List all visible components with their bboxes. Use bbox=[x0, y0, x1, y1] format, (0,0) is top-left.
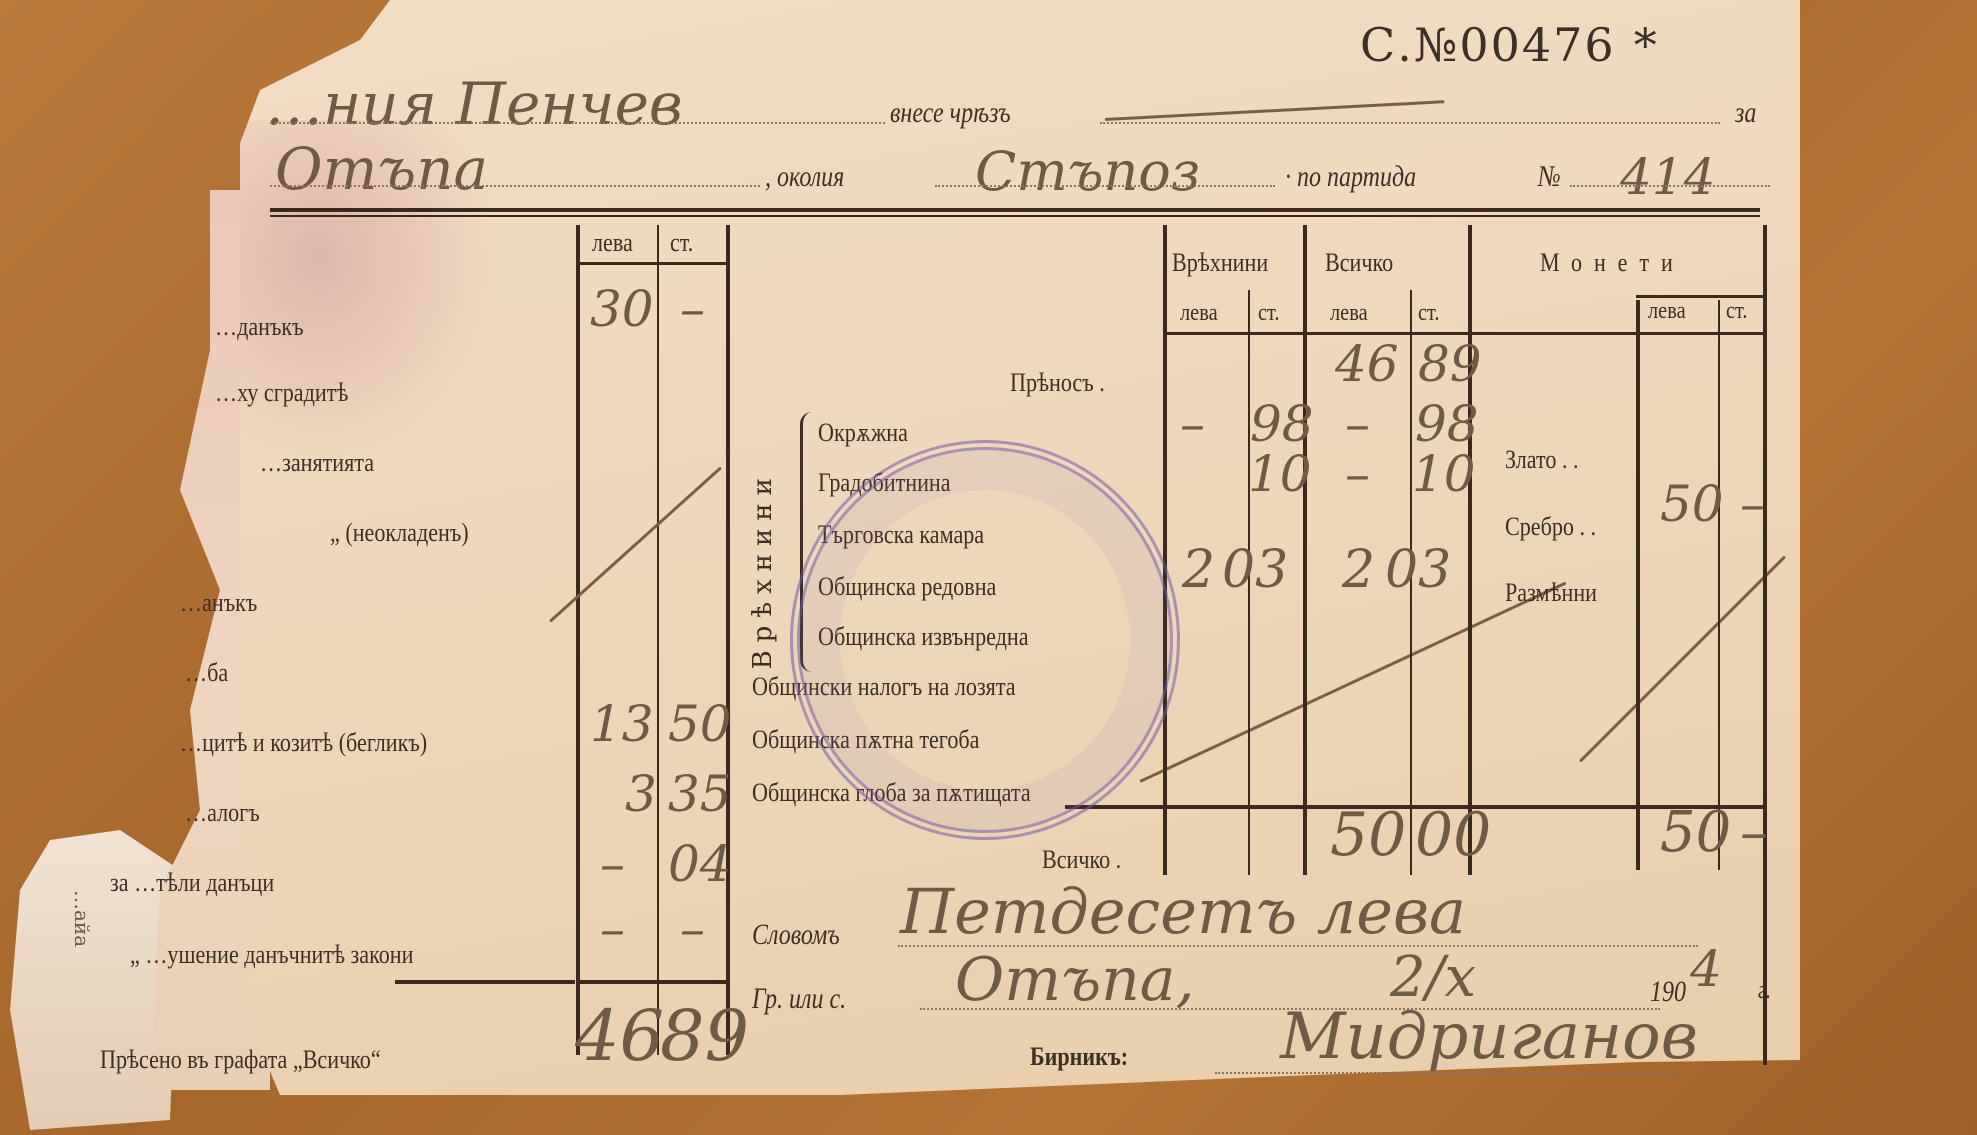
left-row-label: „ …ушение данъчнитѣ закони bbox=[130, 940, 413, 970]
payer-name-handwritten: …ния Пенчев bbox=[265, 70, 683, 138]
left-row-label: …занятията bbox=[260, 448, 374, 478]
left-subtotal-rule-cols bbox=[580, 980, 726, 984]
label-place: Гр. или с. bbox=[752, 982, 846, 1016]
left-row-leva: – bbox=[600, 900, 625, 958]
right-total-label: Всичко . bbox=[1042, 845, 1121, 875]
left-row-st: 04 bbox=[668, 835, 732, 893]
payer-dotted-line bbox=[270, 122, 885, 124]
label-okolia: , околия bbox=[765, 160, 844, 194]
left-row-st: – bbox=[680, 280, 705, 338]
coins-total-st: – bbox=[1740, 800, 1768, 865]
right-row-vs-st: 03 bbox=[1385, 540, 1451, 600]
left-table-col-divider bbox=[657, 225, 659, 1055]
coin-silver-leva: 50 bbox=[1660, 475, 1724, 533]
label-number-sign: № bbox=[1538, 160, 1561, 194]
right-table-border-1 bbox=[1163, 225, 1167, 875]
left-row-label: …ху сградитѣ bbox=[215, 378, 348, 408]
left-row-leva: 3 bbox=[625, 765, 657, 823]
left-table-col-border-2 bbox=[726, 225, 730, 1055]
right-row-vs-leva: 2 bbox=[1342, 540, 1375, 600]
left-row-label: „ (неокладенъ) bbox=[330, 518, 469, 548]
left-total-label: Прѣсено въ графата „Всичко“ bbox=[100, 1045, 381, 1075]
label-vnese: внесе чрѣзъ bbox=[890, 96, 1011, 130]
coins-border bbox=[1636, 300, 1640, 870]
label-slovom: Словомъ bbox=[752, 918, 840, 952]
coin-label-silver: Сребро . . bbox=[1505, 512, 1596, 542]
right-row-vr-leva: 2 bbox=[1182, 540, 1215, 600]
left-total-st: 89 bbox=[660, 995, 749, 1077]
sub-header-st: ст. bbox=[1258, 300, 1280, 327]
right-row-vr-leva: – bbox=[1180, 395, 1205, 453]
right-row-vs-st: 10 bbox=[1412, 445, 1476, 503]
left-row-label: за …тѣли данъци bbox=[110, 868, 274, 898]
coin-label-exchange: Размѣнни bbox=[1505, 578, 1597, 608]
year-g: г. bbox=[1758, 975, 1771, 1005]
district-dotted-line bbox=[935, 185, 1275, 187]
through-dotted-line bbox=[1100, 122, 1720, 124]
header-moneti: Монети bbox=[1540, 248, 1685, 278]
receipt-content: С.№00476* …ния Пенчев внесе чрѣзъ за Отъ… bbox=[0, 0, 1977, 1135]
left-header-st: ст. bbox=[670, 228, 693, 258]
label-po-partida: · по партида bbox=[1285, 160, 1416, 194]
collector-signature: Мидриганов bbox=[1280, 1000, 1698, 1074]
year-suffix-handwritten: 4 bbox=[1690, 940, 1722, 998]
left-header-rule bbox=[580, 262, 726, 265]
right-table-border-3 bbox=[1468, 225, 1472, 875]
right-row-vs-leva: 46 bbox=[1335, 335, 1399, 393]
sub-header-leva: лева bbox=[1330, 300, 1368, 327]
right-row-label: Окрѫжна bbox=[818, 418, 908, 448]
right-total-vs-leva: 50 bbox=[1330, 800, 1406, 870]
diagonal-cancel-stroke bbox=[1139, 582, 1566, 783]
left-table-col-border-1 bbox=[576, 225, 580, 1055]
right-row-vs-leva: – bbox=[1345, 445, 1370, 503]
serial-number: С.№00476* bbox=[1360, 18, 1659, 72]
left-row-st: 35 bbox=[668, 765, 732, 823]
left-header-leva: лева bbox=[592, 228, 633, 258]
right-row-vs-st: 89 bbox=[1418, 335, 1482, 393]
partida-dotted-line bbox=[1570, 185, 1770, 187]
left-row-leva: 30 bbox=[590, 280, 654, 338]
left-row-st: 50 bbox=[668, 695, 732, 753]
left-row-leva: 13 bbox=[590, 695, 654, 753]
right-table-border-2 bbox=[1303, 225, 1307, 875]
amount-in-words-handwritten: Петдесетъ лева bbox=[900, 875, 1466, 948]
asterisk-icon: * bbox=[1634, 18, 1659, 72]
right-row-label: Прѣносъ . bbox=[1010, 368, 1105, 398]
label-za: за bbox=[1735, 96, 1756, 130]
vertical-group-label: Врѣхнини bbox=[748, 470, 778, 669]
left-row-leva: – bbox=[600, 835, 625, 893]
right-outer-border bbox=[1763, 225, 1767, 1065]
right-row-vr-st: 03 bbox=[1222, 540, 1288, 600]
official-seal-stamp bbox=[790, 440, 1180, 840]
village-dotted-line bbox=[270, 185, 760, 187]
left-row-label: …ба bbox=[185, 658, 228, 688]
label-collector: Бирникъ: bbox=[1030, 1042, 1128, 1072]
partida-number-handwritten: 414 bbox=[1620, 148, 1715, 206]
header-vsichko: Всичко bbox=[1325, 248, 1393, 278]
left-subtotal-rule bbox=[395, 980, 575, 984]
sub-header-st: ст. bbox=[1726, 298, 1748, 325]
right-total-vs-st: 00 bbox=[1415, 800, 1491, 870]
left-row-label: …цитѣ и козитѣ (бегликъ) bbox=[180, 728, 427, 758]
left-row-label: …алогъ bbox=[185, 798, 260, 828]
diagonal-cancel-stroke bbox=[1579, 555, 1786, 762]
coin-label-gold: Злато . . bbox=[1505, 445, 1579, 475]
header-vrahnini: Врѣхнини bbox=[1172, 248, 1268, 278]
diagonal-cancel-stroke bbox=[549, 466, 722, 622]
coins-total-leva: 50 bbox=[1660, 800, 1731, 865]
handwritten-dash-line bbox=[1105, 100, 1445, 121]
collector-dotted-line bbox=[1215, 1072, 1675, 1074]
top-rule-thin bbox=[270, 215, 1760, 217]
coins-divider bbox=[1718, 300, 1720, 870]
left-row-st: – bbox=[680, 900, 705, 958]
sub-header-leva: лева bbox=[1180, 300, 1218, 327]
district-handwritten: Стъпоз bbox=[975, 140, 1200, 203]
sub-header-leva: лева bbox=[1648, 298, 1686, 325]
village-handwritten: Отъпа bbox=[275, 135, 488, 203]
left-row-label: …анъкъ bbox=[180, 588, 257, 618]
top-rule bbox=[270, 208, 1760, 212]
coin-silver-st: – bbox=[1740, 475, 1765, 533]
place-handwritten: Отъпа, bbox=[955, 945, 1195, 1015]
left-total-leva: 46 bbox=[575, 995, 664, 1077]
sub-header-st: ст. bbox=[1418, 300, 1440, 327]
right-row-vr-st: 10 bbox=[1248, 445, 1312, 503]
left-row-label: …данъкъ bbox=[215, 312, 304, 342]
